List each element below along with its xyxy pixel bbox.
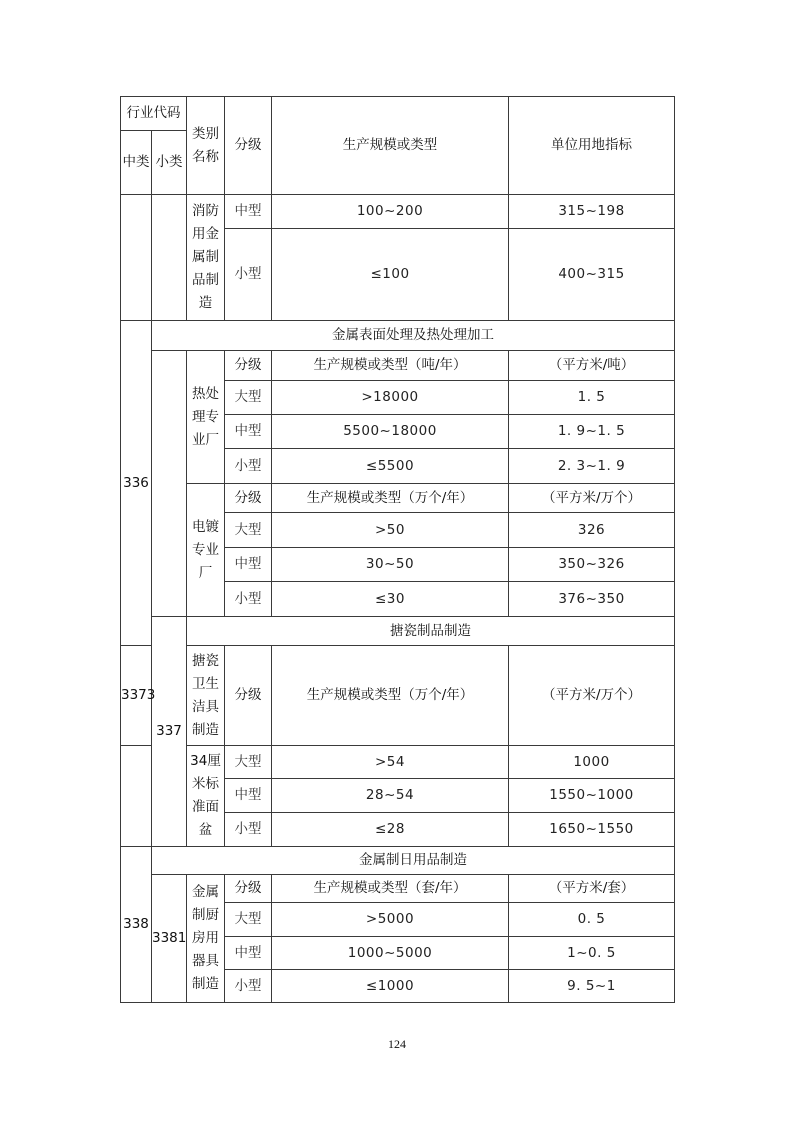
grade-cell: 大型 <box>225 903 272 937</box>
grade-cell: 中型 <box>225 937 272 970</box>
scale-cell: >18000 <box>272 381 509 415</box>
indicator-cell: 1. 9~1. 5 <box>509 415 675 449</box>
subheader-grade: 分级 <box>225 646 272 746</box>
header-small-class: 小类 <box>152 131 187 195</box>
small-class-code: 3373 <box>121 646 152 746</box>
indicator-cell: 1000 <box>509 746 675 779</box>
indicator-cell: 1. 5 <box>509 381 675 415</box>
grade-cell: 大型 <box>225 381 272 415</box>
category-name: 热处理专业厂 <box>187 351 225 484</box>
header-scale: 生产规模或类型 <box>272 97 509 195</box>
scale-cell: 100~200 <box>272 195 509 229</box>
grade-cell: 小型 <box>225 229 272 321</box>
category-name: 搪瓷卫生洁具制造 <box>187 646 225 746</box>
indicator-cell: 350~326 <box>509 548 675 582</box>
grade-cell: 中型 <box>225 779 272 813</box>
header-grade: 分级 <box>225 97 272 195</box>
grade-cell: 大型 <box>225 513 272 548</box>
scale-cell: ≤5500 <box>272 449 509 484</box>
subheader-indicator: （平方米/万个） <box>509 646 675 746</box>
subheader-grade: 分级 <box>225 875 272 903</box>
subheader-indicator: （平方米/吨） <box>509 351 675 381</box>
header-industry-code: 行业代码 <box>121 97 187 131</box>
header-mid-class: 中类 <box>121 131 152 195</box>
header-indicator: 单位用地指标 <box>509 97 675 195</box>
grade-cell: 小型 <box>225 449 272 484</box>
indicator-cell: 315~198 <box>509 195 675 229</box>
category-name: 金属制厨房用器具制造 <box>187 875 225 1003</box>
land-use-indicator-table: 行业代码 类别名称 分级 生产规模或类型 单位用地指标 中类 小类 消防用金属制… <box>120 96 675 1003</box>
scale-cell: >50 <box>272 513 509 548</box>
small-class-empty <box>121 746 152 847</box>
section-title: 金属表面处理及热处理加工 <box>152 321 675 351</box>
indicator-cell: 1~0. 5 <box>509 937 675 970</box>
scale-cell: >54 <box>272 746 509 779</box>
grade-cell: 中型 <box>225 548 272 582</box>
scale-cell: 5500~18000 <box>272 415 509 449</box>
mid-class-code: 336 <box>121 321 152 646</box>
grade-cell: 小型 <box>225 970 272 1003</box>
scale-cell: ≤1000 <box>272 970 509 1003</box>
indicator-cell: 9. 5~1 <box>509 970 675 1003</box>
subheader-scale: 生产规模或类型（万个/年） <box>272 646 509 746</box>
small-class-empty <box>152 195 187 321</box>
grade-cell: 小型 <box>225 813 272 847</box>
scale-cell: 1000~5000 <box>272 937 509 970</box>
product-name: 34厘米标准面盆 <box>187 746 225 847</box>
mid-class-empty <box>121 195 152 321</box>
indicator-cell: 400~315 <box>509 229 675 321</box>
scale-cell: 30~50 <box>272 548 509 582</box>
subheader-indicator: （平方米/套） <box>509 875 675 903</box>
scale-cell: ≤28 <box>272 813 509 847</box>
subheader-scale: 生产规模或类型（万个/年） <box>272 484 509 513</box>
mid-class-code: 337 <box>152 617 187 847</box>
page-number: 124 <box>0 1037 794 1052</box>
grade-cell: 小型 <box>225 582 272 617</box>
indicator-cell: 2. 3~1. 9 <box>509 449 675 484</box>
subheader-scale: 生产规模或类型（吨/年） <box>272 351 509 381</box>
small-class-empty <box>152 351 187 617</box>
scale-cell: 28~54 <box>272 779 509 813</box>
header-category-name: 类别名称 <box>187 97 225 195</box>
section-title: 搪瓷制品制造 <box>187 617 675 646</box>
scale-cell: ≤100 <box>272 229 509 321</box>
scale-cell: >5000 <box>272 903 509 937</box>
subheader-scale: 生产规模或类型（套/年） <box>272 875 509 903</box>
grade-cell: 大型 <box>225 746 272 779</box>
category-name: 消防用金属制品制造 <box>187 195 225 321</box>
indicator-cell: 376~350 <box>509 582 675 617</box>
grade-cell: 中型 <box>225 415 272 449</box>
subheader-grade: 分级 <box>225 351 272 381</box>
subheader-indicator: （平方米/万个） <box>509 484 675 513</box>
indicator-cell: 1550~1000 <box>509 779 675 813</box>
small-class-code: 3381 <box>152 875 187 1003</box>
grade-cell: 中型 <box>225 195 272 229</box>
indicator-cell: 0. 5 <box>509 903 675 937</box>
indicator-cell: 326 <box>509 513 675 548</box>
scale-cell: ≤30 <box>272 582 509 617</box>
mid-class-code: 338 <box>121 847 152 1003</box>
section-title: 金属制日用品制造 <box>152 847 675 875</box>
subheader-grade: 分级 <box>225 484 272 513</box>
category-name: 电镀专业厂 <box>187 484 225 617</box>
indicator-cell: 1650~1550 <box>509 813 675 847</box>
